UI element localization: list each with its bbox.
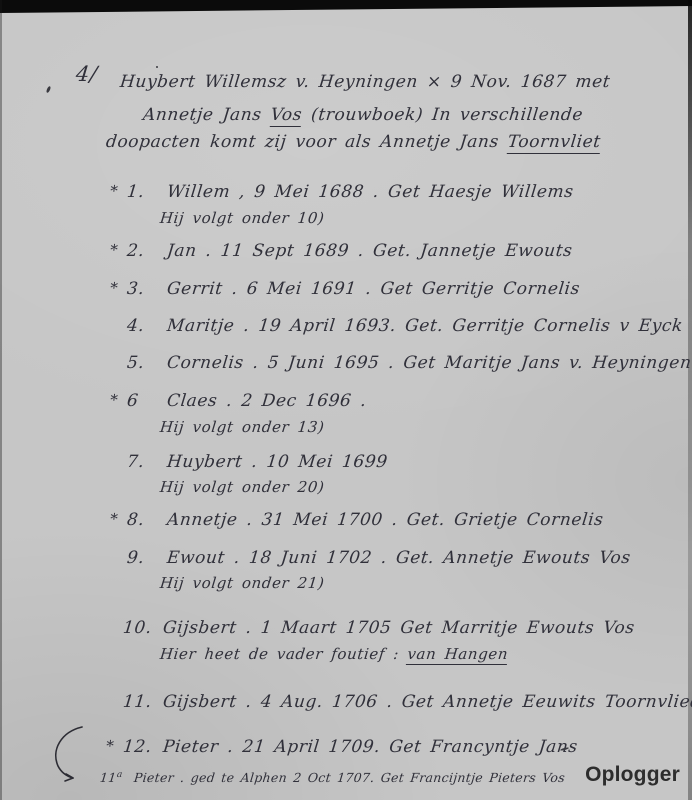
child-row-8: * 8. Annetje . 31 Mei 1700 . Get. Grietj…	[109, 510, 605, 530]
child-number: 4.	[126, 316, 168, 336]
child-row-5: 5. Cornelis . 5 Juni 1695 . Get Maritje …	[109, 353, 692, 373]
child-row-3: * 3. Gerrit . 6 Mei 1691 . Get Gerritje …	[109, 279, 581, 299]
header-line-2-post: (trouwboek) In verschillende	[301, 105, 584, 125]
child-row-6-note: Hij volgt onder 13)	[159, 418, 325, 436]
child-number: 9.	[126, 548, 168, 568]
child-number: 12.	[122, 737, 164, 757]
child-text: Gijsbert . 4 Aug. 1706 . Get Annetje Eeu…	[162, 692, 692, 712]
child-number: 1.	[126, 182, 168, 202]
scan-top-border	[0, 0, 692, 14]
child-number: 7.	[126, 452, 168, 472]
insertion-arrow-icon	[48, 724, 92, 784]
child-row-2: * 2. Jan . 11 Sept 1689 . Get. Jannetje …	[109, 241, 574, 261]
child-row-4: 4. Maritje . 19 April 1693. Get. Gerritj…	[109, 316, 684, 336]
child-row-11a: 11a Pieter . ged te Alphen 2 Oct 1707. G…	[99, 770, 566, 785]
child-number: 3.	[126, 279, 168, 299]
child-text: Annetje . 31 Mei 1700 . Get. Grietje Cor…	[166, 510, 605, 530]
child-row-1-note: Hij volgt onder 10)	[159, 209, 325, 227]
child-number: 2.	[126, 241, 168, 261]
child-text: Maritje . 19 April 1693. Get. Gerritje C…	[166, 316, 684, 336]
child-row-9: 9. Ewout . 18 Juni 1702 . Get. Annetje E…	[109, 548, 632, 568]
entry-number: 4/	[75, 62, 99, 86]
child-row-11: 11. Gijsbert . 4 Aug. 1706 . Get Annetje…	[105, 692, 692, 712]
header-line-2: Annetje Jans Vos (trouwboek) In verschil…	[142, 105, 584, 125]
addendum-number: 11	[99, 770, 117, 785]
child-text: Claes . 2 Dec 1696 .	[166, 391, 368, 411]
addendum-superscript: a	[116, 770, 123, 780]
child-text: Jan . 11 Sept 1689 . Get. Jannetje Ewout…	[166, 241, 574, 261]
child-row-10-note: Hier heet de vader foutief : van Hangen	[159, 645, 509, 663]
child-row-1: * 1. Willem , 9 Mei 1688 . Get Haesje Wi…	[109, 182, 575, 202]
note-pre: Hier heet de vader foutief :	[159, 645, 408, 663]
child-row-7-note: Hij volgt onder 20)	[159, 478, 325, 496]
header-line-3-pre: doopacten komt zij voor als Annetje Jans	[105, 132, 509, 152]
child-number: 5.	[126, 353, 168, 373]
ink-speck	[156, 66, 158, 68]
header-line-2-pre: Annetje Jans	[142, 105, 272, 125]
child-row-10: 10. Gijsbert . 1 Maart 1705 Get Marritje…	[105, 618, 636, 638]
child-text: Gerrit . 6 Mei 1691 . Get Gerritje Corne…	[166, 279, 581, 299]
child-number: 6	[126, 391, 168, 411]
child-text: Huybert . 10 Mei 1699	[166, 452, 389, 472]
child-row-9-note: Hij volgt onder 21)	[159, 574, 325, 592]
header-line-1: Huybert Willemsz v. Heyningen × 9 Nov. 1…	[119, 72, 611, 92]
child-text: Willem , 9 Mei 1688 . Get Haesje Willems	[166, 182, 575, 202]
surname-van-hangen-underlined: van Hangen	[406, 645, 509, 665]
ink-speck	[46, 86, 52, 94]
oplogger-watermark: Oplogger	[585, 763, 680, 787]
child-text: Pieter . 21 April 1709. Get Francyntje J…	[162, 737, 579, 757]
child-text: Pieter . ged te Alphen 2 Oct 1707. Get F…	[133, 770, 566, 785]
surname-toornvliet-underlined: Toornvliet	[507, 132, 602, 154]
header-line-3: doopacten komt zij voor als Annetje Jans…	[105, 132, 602, 152]
child-row-7: 7. Huybert . 10 Mei 1699	[109, 452, 389, 472]
child-number: 11a	[99, 770, 135, 785]
child-number: 11.	[122, 692, 164, 712]
child-row-6: * 6 Claes . 2 Dec 1696 .	[109, 391, 368, 411]
scanned-document-page: 4/ Huybert Willemsz v. Heyningen × 9 Nov…	[0, 0, 692, 800]
child-row-12: * 12. Pieter . 21 April 1709. Get Francy…	[105, 737, 579, 757]
child-text: Ewout . 18 Juni 1702 . Get. Annetje Ewou…	[166, 548, 632, 568]
child-number: 10.	[122, 618, 164, 638]
child-text: Gijsbert . 1 Maart 1705 Get Marritje Ewo…	[162, 618, 636, 638]
scan-left-border	[0, 0, 2, 800]
child-text: Cornelis . 5 Juni 1695 . Get Maritje Jan…	[166, 353, 692, 373]
surname-vos-underlined: Vos	[269, 105, 303, 127]
scan-right-border	[688, 0, 692, 800]
child-number: 8.	[126, 510, 168, 530]
